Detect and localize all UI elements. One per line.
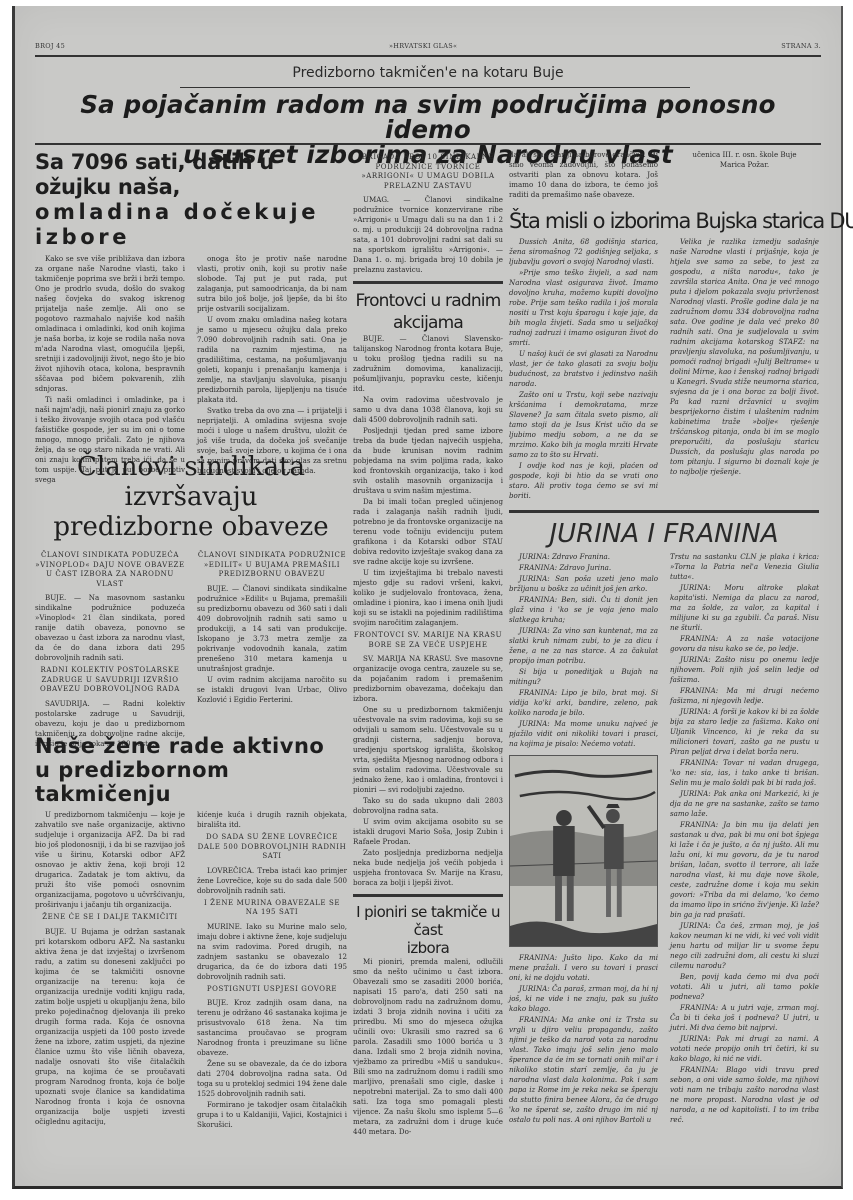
dialogue-line: FRANINA: Blago vidi travu pred sebon, a … xyxy=(670,1065,819,1125)
jurina-col-2: Trstu na sastanku CLN je plaka i krica: … xyxy=(670,552,819,1126)
dialogue-line: FRANINA: Ma anke oni iz Trsta su vrgli u… xyxy=(509,1015,658,1125)
dialogue-line: Si bija u poneditjak u Bujah na mitingu? xyxy=(509,667,658,687)
subheading: POSTIGNUTI USPJESI GOVORE xyxy=(197,985,347,995)
zene-title-line-1: Naše žene rade aktivno xyxy=(35,734,347,758)
section-divider xyxy=(353,281,503,284)
dussich-col-2: Velika je razlika izmedju sadašnje naše … xyxy=(670,237,819,502)
section-divider xyxy=(353,894,503,897)
masthead: BROJ 45 »HRVATSKI GLAS« STRANA 3. xyxy=(35,42,821,50)
dialogue-line: JURINA: Za vino san kuntenat, ma za slat… xyxy=(509,626,658,666)
subheading: RADNI KOLEKTIV POSTOLARSKE ZADRUGE U SAV… xyxy=(35,666,185,695)
dialogue-line: JURINA: Ča ćeš, zrman moj, je još kakov … xyxy=(670,921,819,971)
dialogue-line: FRANINA: Jušto lipo. Kako da mi mene pra… xyxy=(509,953,658,983)
paragraph: kićenje kuća i drugih raznih objekata, b… xyxy=(197,810,347,830)
dialogue-line: JURINA: Pak mi drugi za nami. A votati n… xyxy=(670,1034,819,1064)
paragraph: LOVREČICA. Treba istaći kao primjer žene… xyxy=(197,866,347,896)
dialogue-line: FRANINA: Lipo je bilo, brat moj. Si vidi… xyxy=(509,688,658,718)
article-youth: Sa 7096 sati, datih u ožujku naša, omlad… xyxy=(35,150,347,486)
paper-name: »HRVATSKI GLAS« xyxy=(389,42,457,50)
pioniri-title: I pioniri se takmiče u čast izbora xyxy=(353,903,503,957)
zene-col-2: kićenje kuća i drugih raznih objekata, b… xyxy=(197,810,347,1131)
zene-col-1: U predizbornom takmičenju — koje je zahv… xyxy=(35,810,185,1131)
dialogue-line: JURINA: Zdravo Franina. xyxy=(509,552,658,562)
jurina-title: JURINA I FRANINA xyxy=(509,518,819,550)
dialogue-line: JURINA: Ča paraš, zrman moj, da hi nj jo… xyxy=(509,984,658,1014)
dialogue-line: FRANINA: Zdravo Jurina. xyxy=(509,563,658,573)
lead-kicker: Predizborno takmičen'e na kotaru Buje xyxy=(15,65,841,81)
headline-line-1: Sa pojačanim radom na svim područjima po… xyxy=(35,92,821,142)
article-sindikati: Članovi sindikata izvršavaju predizborne… xyxy=(35,452,347,750)
paragraph: U ovom znaku omladina našeg kotara je sa… xyxy=(197,315,347,405)
dialogue-line: JURINA: San poša uzeti jeno malo bržljan… xyxy=(509,574,658,594)
dialogue-line: FRANINA: A za naše votacijone govoru da … xyxy=(670,634,819,654)
paragraph: Mi pioniri, premda maleni, odlučili smo … xyxy=(353,957,503,1137)
paragraph: Velika je razlika izmedju sadašnje naše … xyxy=(670,237,819,477)
dialogue-line: FRANINA: Ja bin mu ija delati jen sastan… xyxy=(670,820,819,920)
subheading: ČLANOVI SINDIKATA PODUZEĆA »VINOPLOD« DA… xyxy=(35,551,185,589)
youth-title-line-1: Sa 7096 sati, datih u ožujku naša, xyxy=(35,150,347,200)
right-top: davali smo starijima borove grančice. Mi… xyxy=(509,150,819,519)
masthead-rule xyxy=(35,55,821,57)
paragraph: U našoj kući će svi glasati za Narodnu v… xyxy=(509,349,658,389)
paragraph: Tako su do sada ukupno dali 2803 dobrovo… xyxy=(353,796,503,816)
dialogue-line: JURINA: Moru altroke plakat kapita'isti.… xyxy=(670,583,819,633)
signature-name: Marica Požar. xyxy=(670,160,819,170)
paragraph: MURINE. Iako su Murine malo selo, imaju … xyxy=(197,922,347,982)
subheading: ŽENE ĆE SE I DALJE TAKMIČITI xyxy=(35,913,185,923)
paragraph: Zašto oni u Trstu, koji sebe nazivaju kr… xyxy=(509,390,658,460)
newspaper-page: BROJ 45 »HRVATSKI GLAS« STRANA 3. Prediz… xyxy=(12,6,843,1189)
paragraph: BUJE. U Bujama je održan sastanak pri ko… xyxy=(35,927,185,1127)
signature-school: učenica III. r. osn. škole Buje xyxy=(670,150,819,160)
paragraph: U svim ovim akcijama osobito su se istak… xyxy=(353,817,503,847)
sindikati-title-line-1: Članovi sindikata izvršavaju xyxy=(35,452,347,512)
paragraph: U tim izvještajima bi trebalo navesti mj… xyxy=(353,568,503,628)
arrigoni-body: UMAG. — Članovi sindikalne podružnice tv… xyxy=(353,195,503,275)
pioniri-signature: učenica III. r. osn. škole Buje Marica P… xyxy=(670,150,819,201)
cartoon-illustration xyxy=(509,755,658,947)
article-zene: Naše žene rade aktivno u predizbornom ta… xyxy=(35,734,347,1131)
dialogue-line: JURINA: Zašto nisu po onemu ledje njihov… xyxy=(670,655,819,685)
paragraph: Na ovim radovima učestvovalo je samo u d… xyxy=(353,395,503,425)
sindikati-col-2: ČLANOVI SINDIKATA PODRUŽNICE »EDILIT« U … xyxy=(197,548,347,750)
dialogue-line: FRANINA: Ben, sidi. Ću ti donit jen glaž… xyxy=(509,595,658,625)
dialogue-line: FRANINA: Ma mi drugi nećemo fašizma, ni … xyxy=(670,686,819,706)
middle-column: BRIGADA BROJ 10 SINDIKALNE PODRUŽNICE TV… xyxy=(353,150,503,1138)
sindikati-title: Članovi sindikata izvršavaju predizborne… xyxy=(35,452,347,542)
dialogue-line: JURINA: Ma mome unuku najveć je pjažilo … xyxy=(509,719,658,749)
subheading: FRONTOVCI SV. MARIJE NA KRASU BORE SE ZA… xyxy=(353,631,503,650)
section-divider xyxy=(509,510,819,513)
jurina-col-1: JURINA: Zdravo Franina. FRANINA: Zdravo … xyxy=(509,552,658,1126)
dussich-col-1: Dussich Anita, 68 godišnja starica, žena… xyxy=(509,237,658,502)
paragraph: One su u predizbornom takmičenju učestvo… xyxy=(353,705,503,795)
headline-rule xyxy=(35,143,821,145)
frontovci-title: Frontovci u radnim akcijama xyxy=(353,290,503,334)
paragraph: U predizbornom takmičenju — koje je zahv… xyxy=(35,810,185,910)
paragraph: SV. MARIJA NA KRASU. Sve masovne organiz… xyxy=(353,654,503,704)
subheading: I ŽENE MURINA OBAVEZALE SE NA 195 SATI xyxy=(197,899,347,918)
paragraph: Posljednji tjedan pred same izbore treba… xyxy=(353,426,503,496)
dialogue-line: FRANINA: Tovar ni vadan drugega, 'ko ne:… xyxy=(670,758,819,788)
zene-title: Naše žene rade aktivno u predizbornom ta… xyxy=(35,734,347,806)
two-figures-illustration-icon xyxy=(510,756,657,946)
paragraph: U ovim radnim akcijama naročito su se is… xyxy=(197,675,347,705)
paragraph: BUJE. — Članovi Slavensko-talijanskog Na… xyxy=(353,334,503,394)
page-number: STRANA 3. xyxy=(781,42,821,50)
paragraph: Žene su se obavezale, da će do izbora da… xyxy=(197,1059,347,1099)
dialogue-line: JURINA: A forši je kakov ki bi za šolde … xyxy=(670,707,819,757)
article-jurina-franina: JURINA I FRANINA JURINA: Zdravo Franina.… xyxy=(509,518,819,1126)
pioniri-title-line-2: izbora xyxy=(353,939,503,957)
paragraph: Formirano je takodjer osam čitalačkih gr… xyxy=(197,1100,347,1130)
sindikati-title-line-2: predizborne obaveze xyxy=(35,512,347,542)
dussich-title: Šta misli o izborima Bujska starica DUSS… xyxy=(509,207,819,235)
youth-title-line-2: omladina dočekuje izbore xyxy=(35,200,347,250)
pioniri-title-line-1: I pioniri se takmiče u čast xyxy=(353,903,503,939)
paragraph: »Prije smo teško živjeli, a sad nam Naro… xyxy=(509,268,658,348)
paragraph: Da bi imali točan pregled učinjenog rada… xyxy=(353,497,503,567)
paragraph: I ovdje kod nas je koji, plaćen od gospo… xyxy=(509,461,658,501)
dialogue-line: Ben, povij kada ćemo mi dva poći votati.… xyxy=(670,972,819,1002)
pioniri-continued: davali smo starijima borove grančice. Mi… xyxy=(509,150,658,200)
subheading: ČLANOVI SINDIKATA PODRUŽNICE »EDILIT« U … xyxy=(197,551,347,580)
paragraph: BUJE. — Članovi sindikata sindikalne pod… xyxy=(197,584,347,674)
paragraph: Dussich Anita, 68 godišnja starica, žena… xyxy=(509,237,658,267)
youth-title: Sa 7096 sati, datih u ožujku naša, omlad… xyxy=(35,150,347,250)
kicker-rule xyxy=(180,87,690,88)
issue-number: BROJ 45 xyxy=(35,42,65,50)
paragraph: Kako se sve više približava dan izbora z… xyxy=(35,254,185,394)
arrigoni-subheading: BRIGADA BROJ 10 SINDIKALNE PODRUŽNICE TV… xyxy=(353,153,503,191)
dialogue-line: JURINA: Pak anka oni Markezić, ki je dja… xyxy=(670,789,819,819)
paragraph: BUJE. Kroz zadnjih osam dana, na terenu … xyxy=(197,998,347,1058)
paragraph: onoga što je protiv naše narodne vlasti,… xyxy=(197,254,347,314)
sindikati-col-1: ČLANOVI SINDIKATA PODUZEĆA »VINOPLOD« DA… xyxy=(35,548,185,750)
subheading: DO SADA SU ŽENE LOVREČICE DALE 500 DOBRO… xyxy=(197,833,347,862)
dialogue-line: Trstu na sastanku CLN je plaka i krica: … xyxy=(670,552,819,582)
dialogue-line: FRANINA: A u jutri vaje, zrman moj. Ča b… xyxy=(670,1003,819,1033)
paragraph: Zato posljednja predizborna nedjelja nek… xyxy=(353,848,503,888)
paragraph: BUJE. — Na masovnom sastanku sindikalne … xyxy=(35,593,185,663)
zene-title-line-2: u predizbornom takmičenju xyxy=(35,758,347,806)
